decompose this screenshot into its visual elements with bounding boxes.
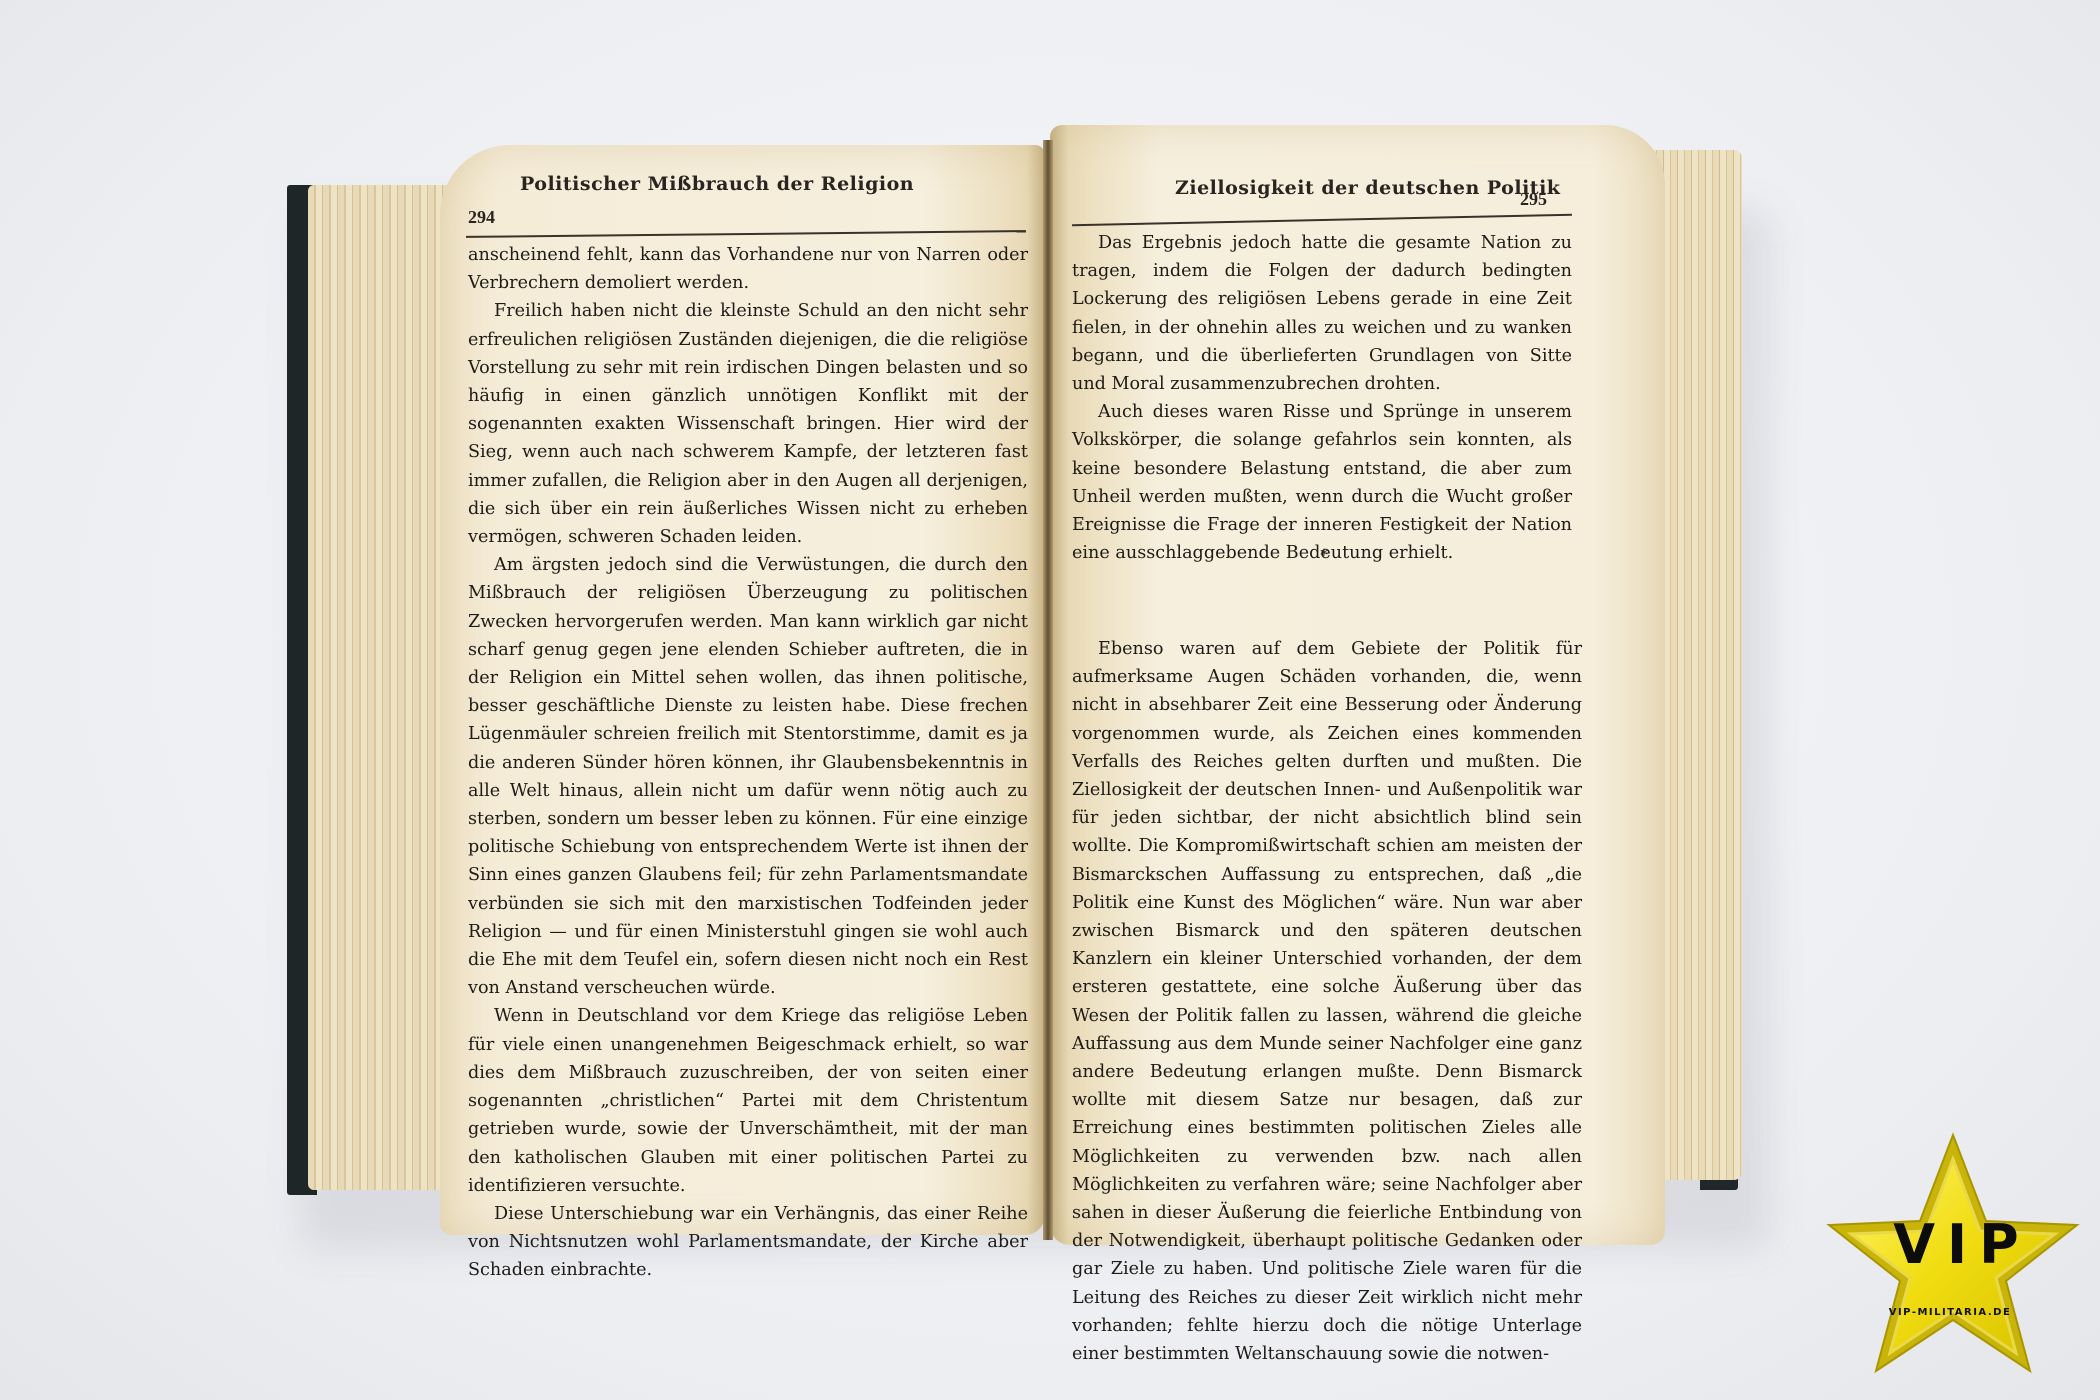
vip-url: VIP-MILITARIA.DE (1815, 1307, 2085, 1318)
paragraph: Auch dieses waren Risse und Sprünge in u… (1072, 398, 1572, 567)
running-head-right: Ziellosigkeit der deutschen Politik (1175, 177, 1560, 199)
paragraph: Wenn in Deutschland vor dem Kriege das r… (468, 1002, 1028, 1199)
left-page-body: anscheinend fehlt, kann das Vorhandene n… (468, 241, 1028, 1285)
page-number-right: 295 (1520, 189, 1547, 210)
paragraph: anscheinend fehlt, kann das Vorhandene n… (468, 241, 1028, 297)
paragraph: Am ärgsten jedoch sind die Verwüstungen,… (468, 551, 1028, 1002)
left-page: Politischer Mißbrauch der Religion 294 a… (440, 145, 1045, 1235)
right-page: Ziellosigkeit der deutschen Politik 295 … (1050, 125, 1665, 1245)
paragraph: Freilich haben nicht die kleinste Schuld… (468, 297, 1028, 551)
section-break-asterisk: * (1320, 545, 1328, 564)
header-rule-right (1072, 214, 1572, 226)
right-page-body-bottom: Ebenso waren auf dem Gebiete der Politik… (1072, 635, 1582, 1368)
page-number-left: 294 (468, 207, 495, 228)
running-head-left: Politischer Mißbrauch der Religion (520, 173, 914, 195)
right-page-body-top: Das Ergebnis jedoch hatte die gesamte Na… (1072, 229, 1572, 567)
paragraph: Ebenso waren auf dem Gebiete der Politik… (1072, 635, 1582, 1368)
paragraph: Das Ergebnis jedoch hatte die gesamte Na… (1072, 229, 1572, 398)
header-rule-left (466, 230, 1026, 238)
paragraph: Diese Unterschiebung war ein Verhängnis,… (468, 1200, 1028, 1285)
vip-militaria-logo: VIP VIP-MILITARIA.DE (1815, 1125, 2085, 1385)
page-edges-left (308, 185, 448, 1190)
book-gutter (1043, 140, 1053, 1240)
vip-label: VIP (1815, 1213, 2097, 1276)
